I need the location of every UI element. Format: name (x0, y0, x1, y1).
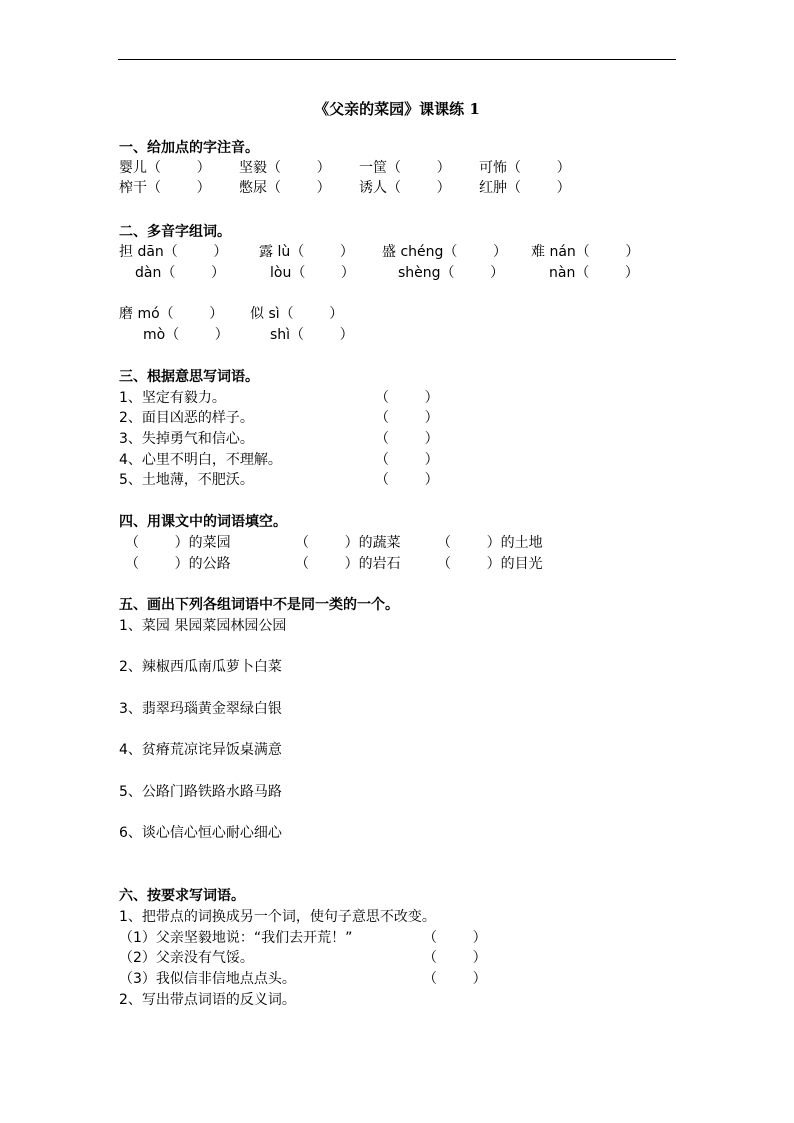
s3-item: 3、失掉勇气和信心。 (119, 429, 254, 449)
s2-item: 露 lù（ ） (259, 242, 354, 262)
s4-item: （ ）的目光 (437, 554, 543, 574)
s5-item: 5、公路门路铁路水路马路 (119, 782, 282, 802)
answer-blank[interactable]: （ ） (375, 388, 439, 408)
s1-item: 婴儿（ ） (119, 158, 211, 178)
s3-item: 2、面目凶恶的样子。 (119, 408, 254, 428)
s2-item: dàn（ ） (135, 263, 225, 283)
s4-item: （ ）的岩石 (295, 554, 401, 574)
answer-blank[interactable]: （ ） (423, 928, 487, 948)
s1-item: 榨干（ ） (119, 178, 211, 198)
s1-item: 憋尿（ ） (239, 178, 331, 198)
section-4-heading: 四、用课文中的词语填空。 (119, 512, 287, 532)
answer-blank[interactable]: （ ） (423, 969, 487, 989)
s2-item: 盛 chéng（ ） (382, 242, 507, 262)
s1-item: 一筐（ ） (359, 158, 451, 178)
page-title: 《父亲的菜园》课课练 1 (0, 98, 794, 119)
s4-item: （ ）的菜园 (125, 533, 231, 553)
s2-item: 难 nán（ ） (531, 242, 639, 262)
answer-blank[interactable]: （ ） (375, 450, 439, 470)
s5-item: 4、贫瘠荒凉诧异饭桌满意 (119, 740, 282, 760)
section-3-heading: 三、根据意思写词语。 (119, 367, 259, 387)
s2-item: 担 dān（ ） (119, 242, 227, 262)
s2-item: lòu（ ） (270, 263, 355, 283)
s2-item: shì（ ） (270, 325, 354, 345)
s6-question: 2、写出带点词语的反义词。 (119, 990, 296, 1010)
s5-item: 2、辣椒西瓜南瓜萝卜白菜 (119, 657, 282, 677)
s5-item: 3、翡翠玛瑙黄金翠绿白银 (119, 699, 282, 719)
section-2-heading: 二、多音字组词。 (119, 222, 231, 242)
s1-item: 坚毅（ ） (239, 158, 331, 178)
s1-item: 红肿（ ） (479, 178, 571, 198)
s3-item: 4、心里不明白，不理解。 (119, 450, 282, 470)
s1-item: 可怖（ ） (479, 158, 571, 178)
s5-item: 1、菜园 果园菜园林园公园 (119, 616, 286, 636)
s6-sub-item: （3）我似信非信地点点头。 (119, 969, 296, 989)
answer-blank[interactable]: （ ） (375, 408, 439, 428)
s1-item: 诱人（ ） (359, 178, 451, 198)
s2-item: shèng（ ） (398, 263, 504, 283)
answer-blank[interactable]: （ ） (375, 470, 439, 490)
s6-sub-item: （1）父亲坚毅地说：“我们去开荒！” (119, 928, 352, 948)
s6-question: 1、把带点的词换成另一个词，使句子意思不改变。 (119, 907, 436, 927)
answer-blank[interactable]: （ ） (375, 429, 439, 449)
s4-item: （ ）的公路 (125, 554, 231, 574)
s4-item: （ ）的蔬菜 (295, 533, 401, 553)
s5-item: 6、谈心信心恒心耐心细心 (119, 823, 282, 843)
section-1-heading: 一、给加点的字注音。 (119, 138, 259, 158)
s2-item: mò（ ） (143, 325, 229, 345)
s4-item: （ ）的土地 (437, 533, 543, 553)
section-5-heading: 五、画出下列各组词语中不是同一类的一个。 (119, 595, 399, 615)
section-6-heading: 六、按要求写词语。 (119, 886, 245, 906)
s2-item: 似 sì（ ） (250, 304, 343, 324)
answer-blank[interactable]: （ ） (423, 948, 487, 968)
s3-item: 1、坚定有毅力。 (119, 388, 226, 408)
header-rule (118, 59, 676, 60)
s6-sub-item: （2）父亲没有气馁。 (119, 948, 254, 968)
s2-item: nàn（ ） (549, 263, 639, 283)
s3-item: 5、土地薄，不肥沃。 (119, 470, 254, 490)
s2-item: 磨 mó（ ） (119, 304, 223, 324)
